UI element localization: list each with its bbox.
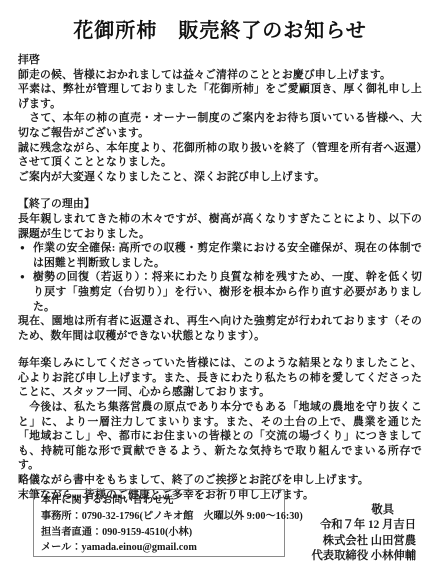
bullet-marker: ● <box>18 270 33 285</box>
contact-email: メール：yamada.einou@gmail.com <box>41 540 277 556</box>
bullet-text: 作業の安全確保: 高所での収穫・剪定作業における安全確保が、現在の体制では困難と… <box>33 241 422 270</box>
paragraph-future: 今後は、私たち集落営農の原点であり本分でもある「地域の農地を守り抜くこと」に、よ… <box>18 400 422 473</box>
contact-box: 本件に関するお問い合わせ先 事務所：0790-32-1796(ピノキオ館 火曜以… <box>33 489 285 557</box>
paragraph-farewell: 略儀ながら書中をもちまして、終了のご挨拶とお詫びを申し上げます。 <box>18 473 422 488</box>
document-page: 花御所柿 販売終了のお知らせ 拝啓 師走の候、皆様におかれましては益々ご清祥のこ… <box>0 0 440 587</box>
blank-line <box>18 343 422 356</box>
blank-line <box>18 184 422 197</box>
paragraph-gratitude: 毎年楽しみにしてくださっていた皆様には、このような結果となりましたこと、心よりお… <box>18 356 422 400</box>
bullet-marker: ● <box>18 241 33 256</box>
contact-heading: 本件に関するお問い合わせ先 <box>41 493 277 509</box>
paragraph-thanks: 平素は、弊社が管理しておりました「花御所柿」をご愛顧頂き、厚く御礼申し上げます。 <box>18 82 422 111</box>
paragraph-apology: ご案内が大変遅くなりましたこと、深くお詫び申し上げます。 <box>18 170 422 185</box>
bullet-item-rejuvenation: ● 樹勢の回復（若返り）：将来にわたり良質な柿を残すため、一度、幹を低く切り戻す… <box>18 270 422 314</box>
contact-direct-phone: 担当者直通：090-9159-4510(小林) <box>41 525 277 541</box>
bullet-text: 樹勢の回復（若返り）：将来にわたり良質な柿を残すため、一度、幹を低く切り戻す「強… <box>33 270 422 314</box>
letter-body: 拝啓 師走の候、皆様におかれましては益々ご清祥のこととお慶び申し上げます。 平素… <box>18 53 422 502</box>
salutation: 拝啓 <box>18 53 422 68</box>
paragraph-announcement: さて、本年の柿の直売・オーナー制度のご案内をお待ち頂いている皆様へ、大切なご報告… <box>18 111 422 140</box>
reason-intro: 長年親しまれてきた柿の木々ですが、樹高が高くなりすぎたことにより、以下の課題が生… <box>18 212 422 241</box>
paragraph-greeting: 師走の候、皆様におかれましては益々ご清祥のこととお慶び申し上げます。 <box>18 68 422 83</box>
reason-heading: 【終了の理由】 <box>18 197 422 212</box>
contact-office-phone: 事務所：0790-32-1796(ピノキオ館 火曜以外 9:00～16:30) <box>41 509 277 525</box>
bullet-item-safety: ● 作業の安全確保: 高所での収穫・剪定作業における安全確保が、現在の体制では困… <box>18 241 422 270</box>
page-title: 花御所柿 販売終了のお知らせ <box>18 14 422 43</box>
reason-outro: 現在、園地は所有者に返還され、再生へ向けた強剪定が行われております（そのため、数… <box>18 314 422 343</box>
paragraph-termination: 誠に残念ながら、本年度より、花御所柿の取り扱いを終了（管理を所有者へ返還）させて… <box>18 141 422 170</box>
